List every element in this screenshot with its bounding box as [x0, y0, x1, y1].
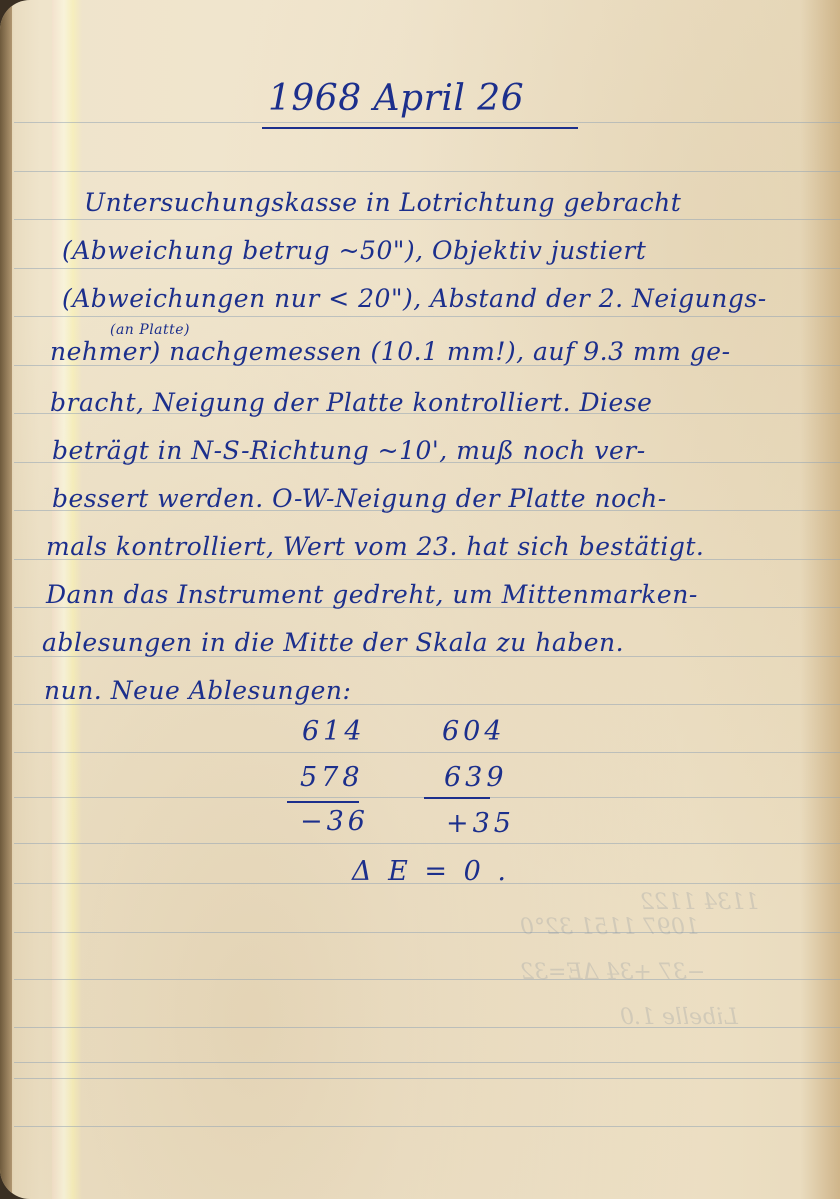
ruled-line — [14, 1062, 840, 1063]
reading-right-diff: +35 — [446, 808, 515, 839]
entry-line-10: ablesungen in die Mitte der Skala zu hab… — [42, 628, 624, 657]
reading-left-diff: −36 — [300, 806, 369, 837]
result-delta-e: Δ E = 0 . — [352, 856, 510, 887]
ruled-line — [14, 316, 840, 317]
ruled-line — [14, 843, 840, 844]
entry-line-9: Dann das Instrument gedreht, um Mittenma… — [46, 580, 698, 609]
bleed-through-text: −37 +34 ΔE=32 — [520, 960, 705, 985]
entry-line-5: bracht, Neigung der Platte kontrolliert.… — [50, 388, 652, 417]
title-underline — [262, 127, 578, 129]
entry-line-6: beträgt in N-S-Richtung ~10', muß noch v… — [52, 436, 646, 465]
page-spine-edge — [0, 0, 12, 1199]
reading-left-a: 614 — [302, 716, 366, 747]
entry-line-1: Untersuchungskasse in Lotrichtung gebrac… — [84, 188, 681, 217]
entry-line-7: bessert werden. O-W-Neigung der Platte n… — [52, 484, 667, 513]
bleed-through-text: Libelle 1.0 — [620, 1005, 738, 1030]
sum-rule-left — [287, 801, 359, 803]
ruled-line — [14, 268, 840, 269]
entry-line-2: (Abweichung betrug ~50"), Objektiv justi… — [62, 236, 646, 265]
entry-line-11: nun. Neue Ablesungen: — [44, 676, 351, 705]
ruled-line — [14, 752, 840, 753]
notebook-page: 1134 1122 1097 1151 32°0 −37 +34 ΔE=32 L… — [0, 0, 840, 1199]
ruled-line — [14, 1078, 840, 1079]
entry-line-8: mals kontrolliert, Wert vom 23. hat sich… — [46, 532, 704, 561]
entry-line-3: (Abweichungen nur < 20"), Abstand der 2.… — [62, 284, 767, 313]
ruled-line — [14, 979, 840, 980]
sum-rule-right — [424, 797, 490, 799]
bleed-through-text: 1134 1122 — [640, 890, 759, 915]
entry-insertion: (an Platte) — [110, 322, 190, 338]
entry-line-4: nehmer) nachgemessen (10.1 mm!), auf 9.3… — [50, 337, 731, 366]
entry-date-title: 1968 April 26 — [268, 78, 524, 119]
ruled-line — [14, 171, 840, 172]
reading-right-a: 604 — [442, 716, 506, 747]
bleed-through-text: 1097 1151 32°0 — [520, 915, 699, 940]
ruled-line — [14, 1126, 840, 1127]
reading-left-b: 578 — [300, 762, 364, 793]
ruled-line — [14, 219, 840, 220]
ruled-line — [14, 122, 840, 123]
reading-right-b: 639 — [444, 762, 508, 793]
ruled-line — [14, 932, 840, 933]
